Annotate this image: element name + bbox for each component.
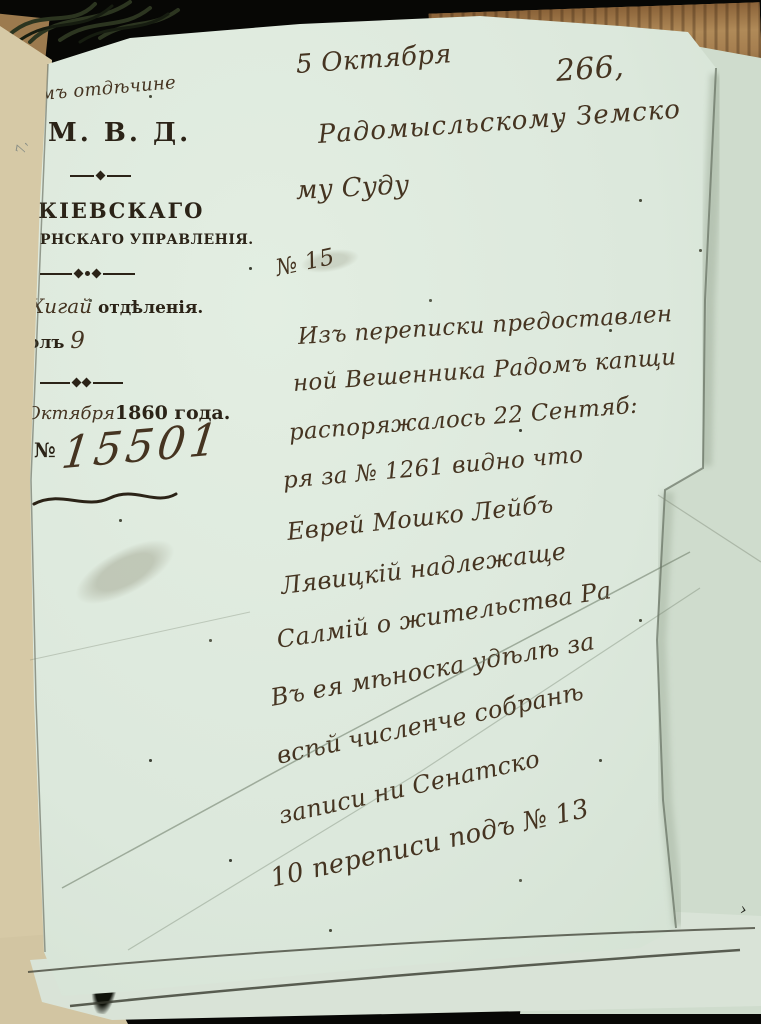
department-handwritten-word: Хигай [30, 294, 92, 318]
handwriting-line: распоряжалось 22 Сентяб: [288, 393, 639, 446]
letterhead-number-label: № [34, 438, 56, 462]
department-printed-word: отдѣленія. [98, 298, 203, 318]
letterhead-desk-line: олъ 9 [28, 328, 85, 354]
ornament-divider [40, 270, 135, 277]
handwriting-line: ря за № 1261 видно что [282, 442, 585, 494]
letterhead-ministry-abbreviation: М. В. Д. [48, 118, 191, 148]
letterhead-department-line: Хигай отдѣленія. [30, 294, 203, 318]
document-sheet-content: мъ отдѣчине М. В. Д. КІЕВСКАГО РНСКАГО У… [0, 0, 761, 1024]
addressee-line2: му Суду [295, 170, 410, 206]
ink-smudge [66, 527, 184, 617]
reference-number: № 15 [273, 244, 337, 282]
handwriting-line: Изъ переписки предоставлен [297, 301, 673, 350]
letterhead-office-name-line1: КІЕВСКАГО [38, 198, 204, 223]
flourish-ornament [30, 488, 180, 512]
letterhead-handwritten-annotation: мъ отдѣчине [39, 72, 177, 105]
scanned-archival-document: › мъ отдѣчине М. В. Д. КІЕВСКАГО РНСКАГО… [0, 0, 761, 1024]
letterhead-office-name-line2: РНСКАГО УПРАВЛЕНІЯ. [40, 232, 254, 248]
addressee-line1: Радомысльскому Земско [317, 95, 682, 150]
folio-number: 266, [555, 49, 625, 89]
handwriting-line: Еврей Мошко Лейбъ [286, 490, 555, 546]
pencil-mark: 7, [14, 140, 31, 155]
desk-handwritten-number: 9 [70, 328, 85, 354]
handwriting-line: ной Вешенника Радомъ капщи [292, 344, 677, 397]
month-handwritten: Октября [26, 403, 115, 424]
ornament-divider [40, 379, 123, 386]
document-date-handwritten: 5 Октября [295, 39, 453, 80]
ornament-divider [70, 172, 131, 179]
